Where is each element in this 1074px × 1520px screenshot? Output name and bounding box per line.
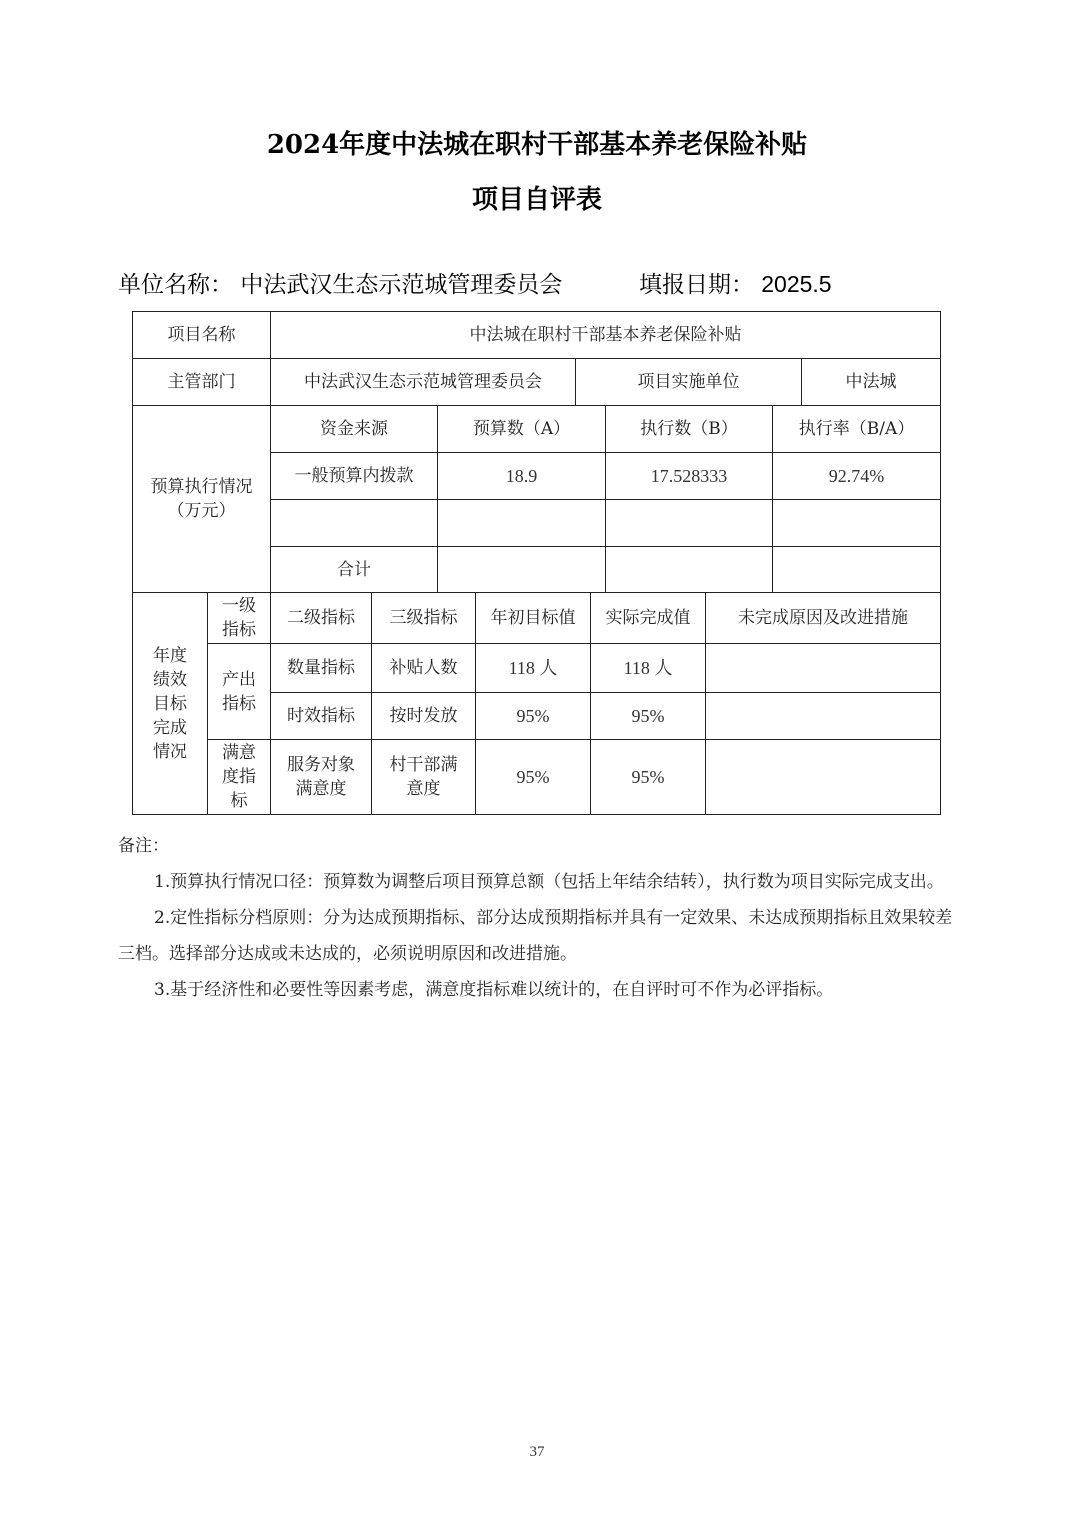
perf-header-cell: 未完成原因及改进措施 xyxy=(705,592,941,644)
perf-level3-cell: 按时发放 xyxy=(371,692,476,740)
perf-header-cell: 实际完成值 xyxy=(590,592,706,644)
budget-header-cell: 执行数（B） xyxy=(605,405,773,453)
dept-label: 主管部门 xyxy=(132,358,271,406)
unit-value: 中法武汉生态示范城管理委员会 xyxy=(240,272,562,298)
budget-table-cell xyxy=(437,499,606,547)
document-subtitle: 项目自评表 xyxy=(0,179,1074,216)
perf-actual-cell: 95% xyxy=(590,692,706,740)
level1-satisfaction: 满意度指标 xyxy=(207,739,271,815)
budget-table-cell: 92.74% xyxy=(772,452,941,500)
budget-table-cell xyxy=(270,499,438,547)
unit-label: 单位名称： xyxy=(118,272,233,298)
perf-target-cell: 118 人 xyxy=(475,643,591,693)
budget-section-label: 预算执行情况（万元） xyxy=(132,405,271,593)
perf-header-cell: 三级指标 xyxy=(371,592,476,644)
budget-table-cell xyxy=(772,546,941,593)
budget-header-cell: 预算数（A） xyxy=(437,405,606,453)
budget-label-line2: （万元） xyxy=(168,499,236,523)
unit-date-line: 单位名称： 中法武汉生态示范城管理委员会 填报日期： 2025.5 xyxy=(118,266,958,299)
perf-level3-cell: 村干部满意度 xyxy=(371,739,476,815)
budget-table-cell xyxy=(437,546,606,593)
perf-level2-cell: 数量指标 xyxy=(270,643,372,693)
note-item: 3.基于经济性和必要性等因素考虑，满意度指标难以统计的，在自评时可不作为必评指标… xyxy=(118,972,963,1008)
date-value: 2025.5 xyxy=(761,271,831,297)
budget-table-cell xyxy=(605,546,773,593)
notes-section: 备注： 1.预算执行情况口径：预算数为调整后项目预算总额（包括上年结余结转），执… xyxy=(118,828,963,1008)
budget-table-cell: 18.9 xyxy=(437,452,606,500)
level1-output: 产出指标 xyxy=(207,643,271,740)
perf-header-cell: 一级指标 xyxy=(207,592,271,644)
date-label: 填报日期： xyxy=(639,272,754,298)
budget-table-cell: 合计 xyxy=(270,546,438,593)
perf-level2-cell: 时效指标 xyxy=(270,692,372,740)
perf-level3-cell: 补贴人数 xyxy=(371,643,476,693)
note-item: 2.定性指标分档原则：分为达成预期指标、部分达成预期指标并具有一定效果、未达成预… xyxy=(118,900,963,972)
performance-section-label: 年度绩效目标完成情况 xyxy=(132,592,208,815)
note-item: 1.预算执行情况口径：预算数为调整后项目预算总额（包括上年结余结转），执行数为项… xyxy=(118,864,963,900)
perf-reason-cell xyxy=(705,692,941,740)
perf-target-cell: 95% xyxy=(475,692,591,740)
perf-reason-cell xyxy=(705,739,941,815)
perf-header-cell: 二级指标 xyxy=(270,592,372,644)
perf-reason-cell xyxy=(705,643,941,693)
budget-table-cell xyxy=(605,499,773,547)
dept-value: 中法武汉生态示范城管理委员会 xyxy=(270,358,576,406)
perf-actual-cell: 95% xyxy=(590,739,706,815)
notes-heading: 备注： xyxy=(118,828,963,864)
page-number: 37 xyxy=(0,1444,1074,1461)
perf-actual-cell: 118 人 xyxy=(590,643,706,693)
performance-section-text: 年度绩效目标完成情况 xyxy=(153,644,187,764)
project-name-label: 项目名称 xyxy=(132,311,271,359)
budget-table-cell: 一般预算内拨款 xyxy=(270,452,438,500)
budget-header-cell: 资金来源 xyxy=(270,405,438,453)
impl-unit-label: 项目实施单位 xyxy=(575,358,802,406)
perf-header-cell: 年初目标值 xyxy=(475,592,591,644)
document-title: 2024年度中法城在职村干部基本养老保险补贴 xyxy=(0,124,1074,161)
impl-unit-value: 中法城 xyxy=(801,358,941,406)
budget-table-cell: 17.528333 xyxy=(605,452,773,500)
perf-level2-cell: 服务对象满意度 xyxy=(270,739,372,815)
budget-header-cell: 执行率（B/A） xyxy=(772,405,941,453)
perf-target-cell: 95% xyxy=(475,739,591,815)
budget-table-cell xyxy=(772,499,941,547)
budget-label-line1: 预算执行情况 xyxy=(151,475,253,499)
project-name-value: 中法城在职村干部基本养老保险补贴 xyxy=(270,311,941,359)
